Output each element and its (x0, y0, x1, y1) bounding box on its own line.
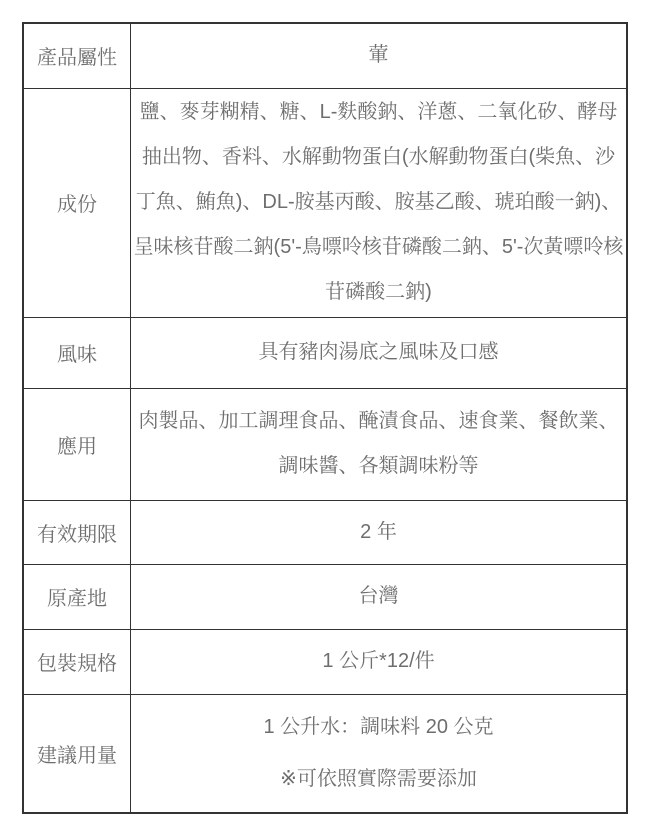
row-value-ingredients: 鹽、麥芽糊精、糖、L-麩酸鈉、洋蔥、二氧化矽、酵母抽出物、香料、水解動物蛋白(水… (131, 88, 628, 317)
row-label-usage: 建議用量 (23, 694, 131, 813)
row-value-application: 肉製品、加工調理食品、醃漬食品、速食業、餐飲業、調味醬、各類調味粉等 (131, 388, 628, 500)
row-label-flavor: 風味 (23, 317, 131, 388)
row-value-usage: 1 公升水：調味料 20 公克 ※可依照實際需要添加 (131, 694, 628, 813)
spec-row-packaging: 包裝規格 1 公斤*12/件 (23, 629, 627, 694)
spec-row-flavor: 風味 具有豬肉湯底之風味及口感 (23, 317, 627, 388)
row-value-shelf-life: 2 年 (131, 500, 628, 564)
row-value-packaging: 1 公斤*12/件 (131, 629, 628, 694)
product-spec-table: 產品屬性 葷 成份 鹽、麥芽糊精、糖、L-麩酸鈉、洋蔥、二氧化矽、酵母抽出物、香… (22, 22, 628, 814)
row-label-application: 應用 (23, 388, 131, 500)
row-label-shelf-life: 有效期限 (23, 500, 131, 564)
row-label-ingredients: 成份 (23, 88, 131, 317)
spec-row-usage: 建議用量 1 公升水：調味料 20 公克 ※可依照實際需要添加 (23, 694, 627, 813)
spec-row-application: 應用 肉製品、加工調理食品、醃漬食品、速食業、餐飲業、調味醬、各類調味粉等 (23, 388, 627, 500)
spec-row-origin: 原產地 台灣 (23, 564, 627, 629)
row-value-flavor: 具有豬肉湯底之風味及口感 (131, 317, 628, 388)
row-value-attribute: 葷 (131, 23, 628, 88)
usage-line-note: ※可依照實際需要添加 (133, 753, 624, 805)
row-value-origin: 台灣 (131, 564, 628, 629)
row-label-packaging: 包裝規格 (23, 629, 131, 694)
product-spec-page: 產品屬性 葷 成份 鹽、麥芽糊精、糖、L-麩酸鈉、洋蔥、二氧化矽、酵母抽出物、香… (0, 0, 650, 839)
spec-row-shelf-life: 有效期限 2 年 (23, 500, 627, 564)
spec-row-attribute: 產品屬性 葷 (23, 23, 627, 88)
row-label-origin: 原產地 (23, 564, 131, 629)
row-label-attribute: 產品屬性 (23, 23, 131, 88)
spec-row-ingredients: 成份 鹽、麥芽糊精、糖、L-麩酸鈉、洋蔥、二氧化矽、酵母抽出物、香料、水解動物蛋… (23, 88, 627, 317)
usage-line-ratio: 1 公升水：調味料 20 公克 (133, 701, 624, 753)
